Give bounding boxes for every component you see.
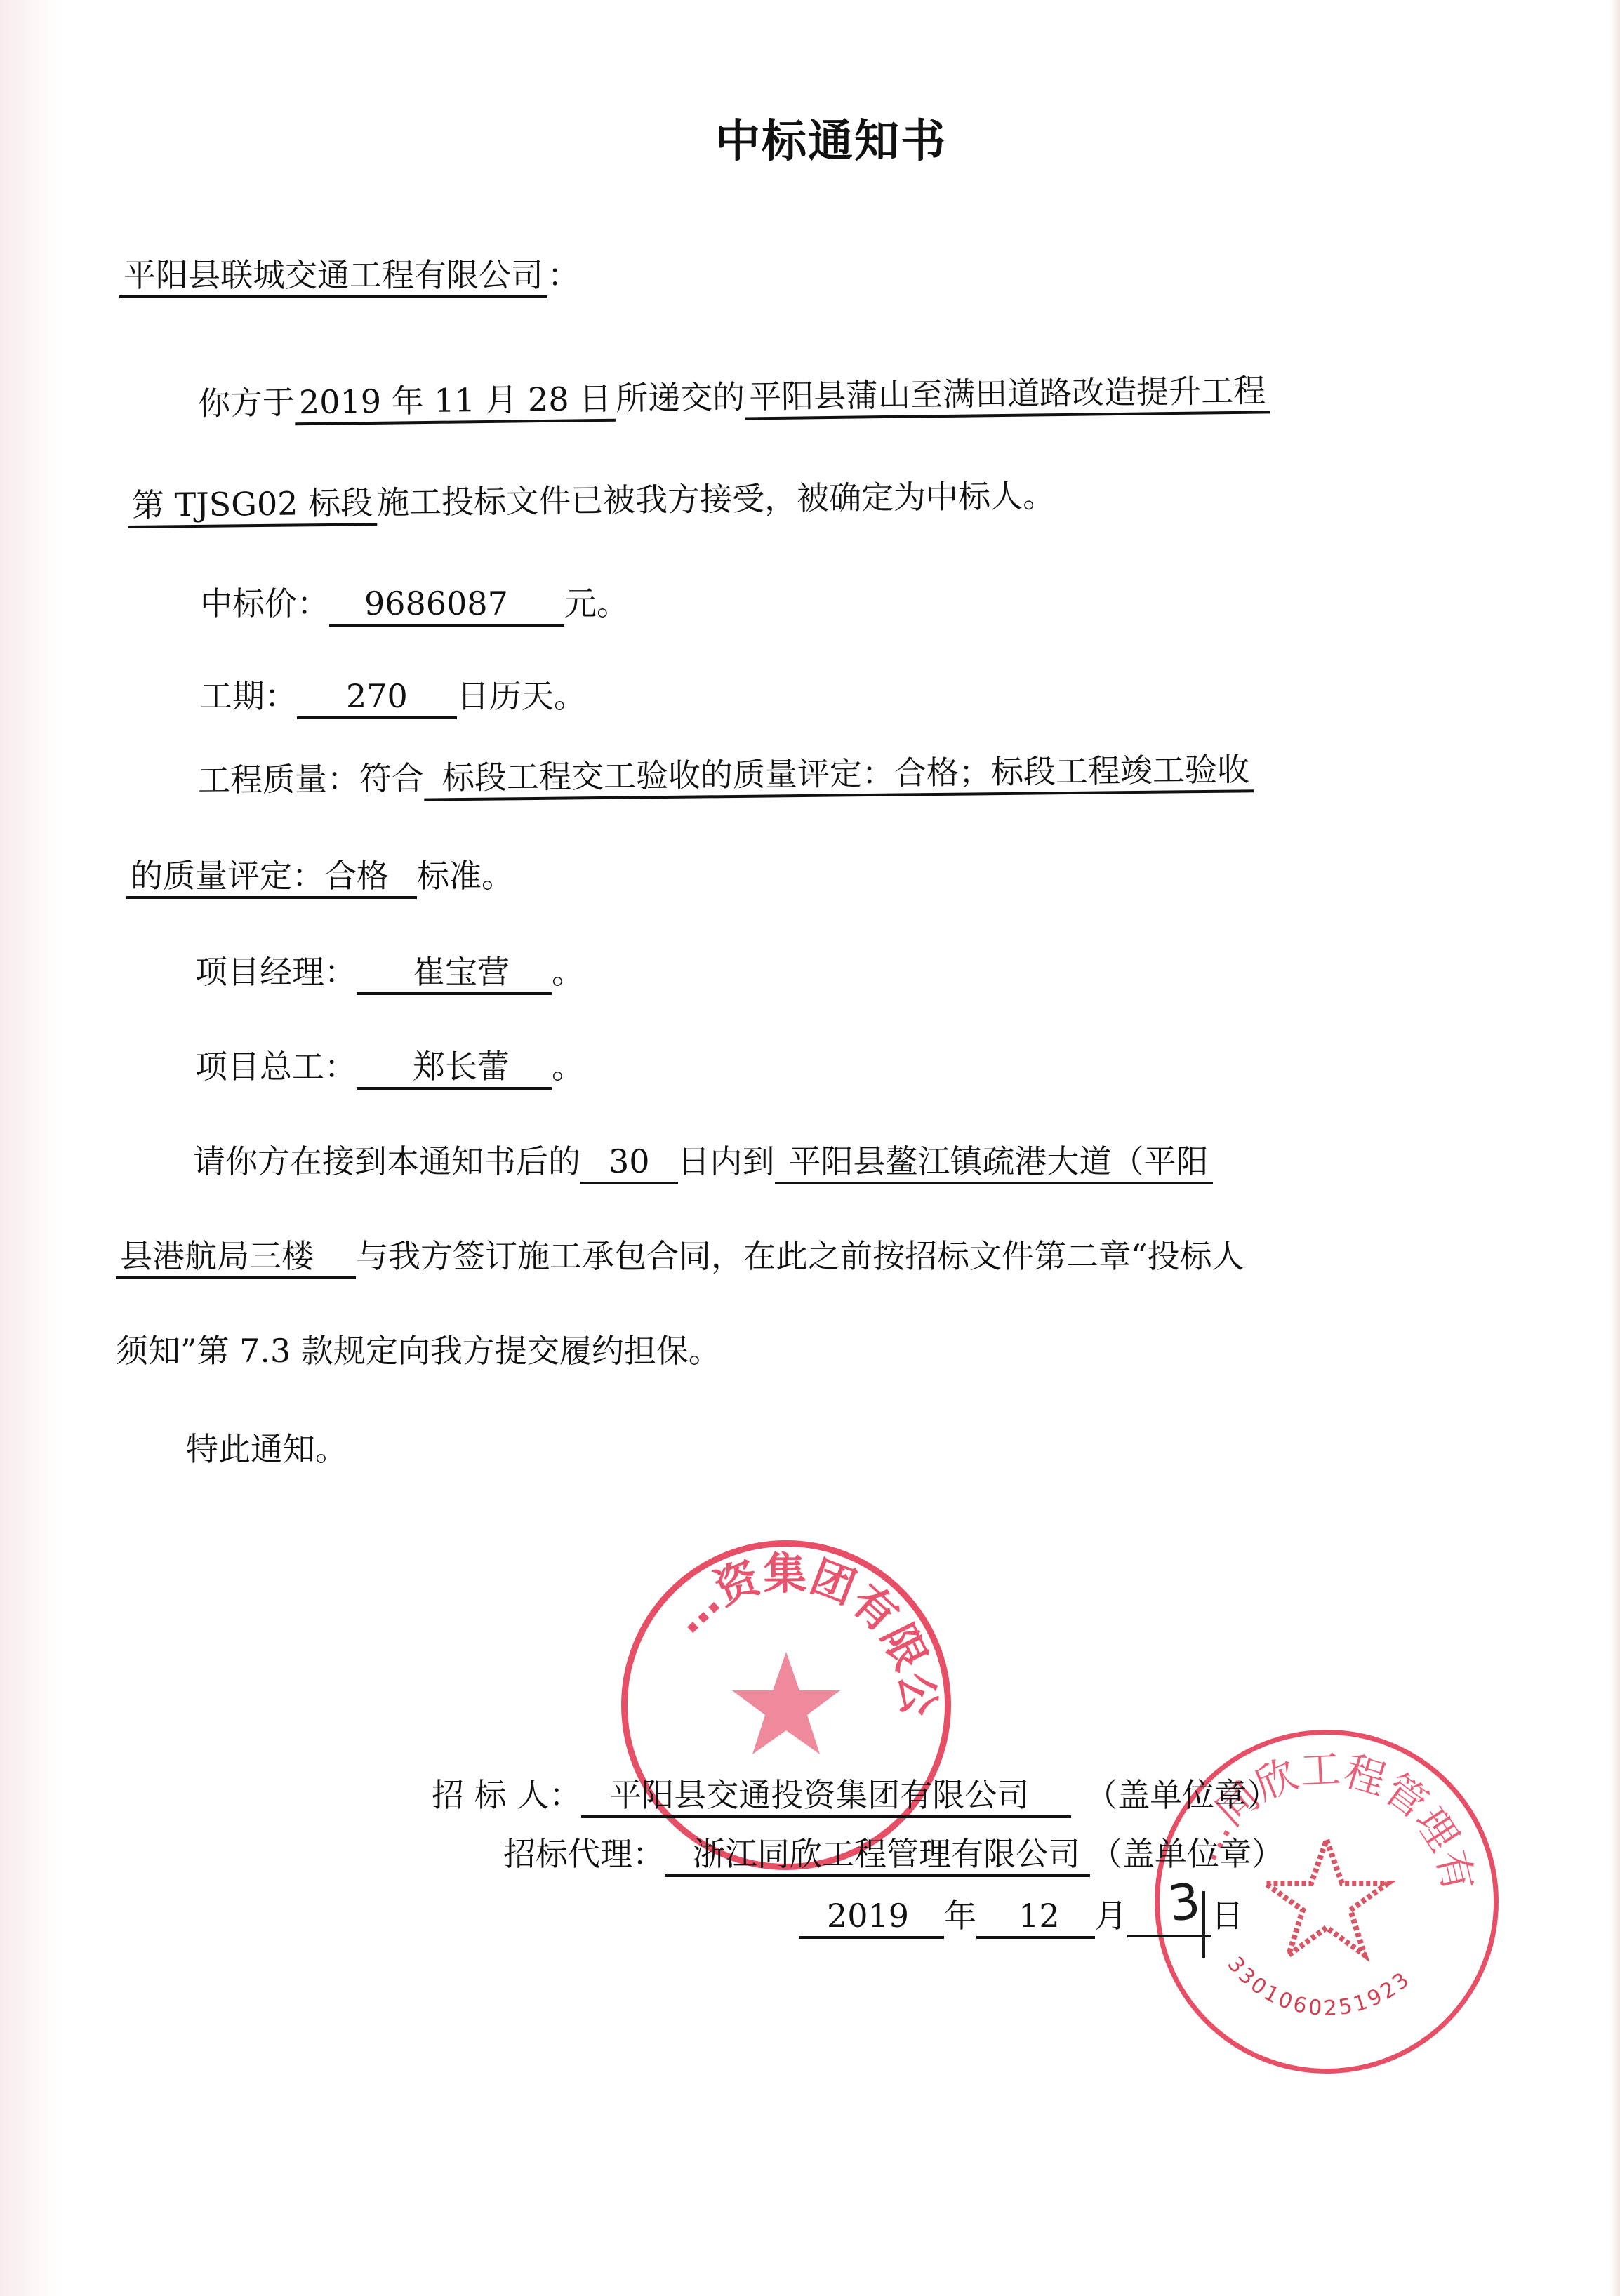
duration-label: 工期：	[200, 677, 297, 715]
project-section: 第 TJSG02 标段	[128, 483, 378, 528]
chief-engineer-label: 项目总工：	[195, 1048, 357, 1086]
paper-edge-shadow-right	[1610, 0, 1620, 2296]
agent-seal-note: （盖单位章）	[1090, 1835, 1284, 1873]
contract-days: 30	[580, 1142, 678, 1184]
quality-line1: 工程质量：符合标段工程交工验收的质量评定：合格；标段工程竣工验收	[198, 748, 1254, 803]
contract-line2: 县港航局三楼与我方签订施工承包合同，在此之前按招标文件第二章“投标人	[116, 1235, 1244, 1279]
closing-line: 特此通知。	[186, 1428, 347, 1470]
month-unit: 月	[1095, 1897, 1127, 1935]
addressee-line: 平阳县联城交通工程有限公司：	[119, 254, 580, 298]
project-name: 平阳县蒲山至满田道路改造提升工程	[745, 371, 1270, 420]
tenderer-seal-note: （盖单位章）	[1085, 1776, 1279, 1814]
stamp2-code: 3301060251923	[1223, 1952, 1416, 2021]
bid-price-label: 中标价：	[200, 585, 329, 622]
submit-date: 2019 年 11 月 28 日	[295, 380, 616, 426]
contract-prefix: 请你方在接到本通知书后的	[193, 1142, 580, 1180]
chief-engineer-suffix: 。	[552, 1048, 584, 1086]
paper-edge-shadow	[0, 0, 63, 2296]
quality-value-1: 标段工程交工验收的质量评定：合格；标段工程竣工验收	[424, 750, 1254, 801]
contract-middle: 日内到	[678, 1142, 775, 1180]
bid-price-unit: 元。	[564, 585, 629, 622]
handwritten-stroke	[1202, 1891, 1205, 1958]
quality-value-2: 的质量评定：合格	[126, 857, 417, 899]
tenderer-label: 招 标 人：	[432, 1776, 581, 1814]
bid-price-value: 9686087	[329, 585, 564, 627]
para1-line2: 第 TJSG02 标段施工投标文件已被我方接受，被确定为中标人。	[128, 474, 1056, 528]
para1-middle: 所递交的	[616, 378, 745, 417]
quality-label: 工程质量：符合	[198, 759, 425, 799]
chief-engineer-line: 项目总工：郑长蕾。	[195, 1046, 584, 1090]
agent-label: 招标代理：	[503, 1835, 665, 1873]
contract-location-1: 平阳县鳌江镇疏港大道（平阳	[775, 1142, 1213, 1184]
date-year: 2019	[799, 1897, 944, 1939]
project-manager-value: 崔宝营	[357, 953, 552, 995]
date-month: 12	[976, 1897, 1095, 1939]
contract-location-2: 县港航局三楼	[116, 1237, 356, 1279]
contract-bond-text: 须知”第 7.3 款规定向我方提交履约担保。	[116, 1332, 721, 1370]
tenderer-stamp: …资集团有限公司	[621, 1540, 951, 1870]
duration-unit: 日历天。	[457, 677, 586, 715]
day-unit: 日	[1211, 1897, 1244, 1935]
project-manager-suffix: 。	[552, 953, 584, 991]
tenderer-line: 招 标 人：平阳县交通投资集团有限公司（盖单位章）	[432, 1774, 1279, 1818]
agent-name: 浙江同欣工程管理有限公司	[665, 1835, 1090, 1877]
svg-text:3301060251923: 3301060251923	[1223, 1952, 1416, 2021]
chief-engineer-value: 郑长蕾	[357, 1048, 552, 1090]
tenderer-name: 平阳县交通投资集团有限公司	[581, 1776, 1071, 1818]
para1-suffix: 施工投标文件已被我方接受，被确定为中标人。	[377, 476, 1056, 521]
agent-line: 招标代理：浙江同欣工程管理有限公司（盖单位章）	[503, 1833, 1284, 1877]
contract-suffix: 与我方签订施工承包合同，在此之前按招标文件第二章“投标人	[356, 1237, 1244, 1275]
year-unit: 年	[944, 1897, 976, 1935]
duration-line: 工期：270日历天。	[200, 675, 586, 719]
quality-suffix: 标准。	[417, 857, 514, 895]
project-manager-label: 项目经理：	[195, 953, 357, 991]
bid-price-line: 中标价：9686087元。	[200, 582, 629, 627]
quality-line2: 的质量评定：合格标准。	[126, 855, 514, 899]
para1-prefix: 你方于	[198, 383, 296, 422]
project-manager-line: 项目经理：崔宝营。	[195, 951, 584, 995]
contract-line3: 须知”第 7.3 款规定向我方提交履约担保。	[116, 1330, 721, 1372]
addressee-name: 平阳县联城交通工程有限公司	[119, 256, 547, 298]
duration-value: 270	[297, 677, 457, 719]
para1-line1: 你方于2019 年 11 月 28 日所递交的平阳县蒲山至满田道路改造提升工程	[198, 369, 1270, 427]
closing-text: 特此通知。	[186, 1430, 347, 1468]
document-title: 中标通知书	[0, 105, 1620, 170]
addressee-colon: ：	[547, 256, 580, 294]
contract-line1: 请你方在接到本通知书后的30日内到平阳县鳌江镇疏港大道（平阳	[193, 1140, 1213, 1184]
